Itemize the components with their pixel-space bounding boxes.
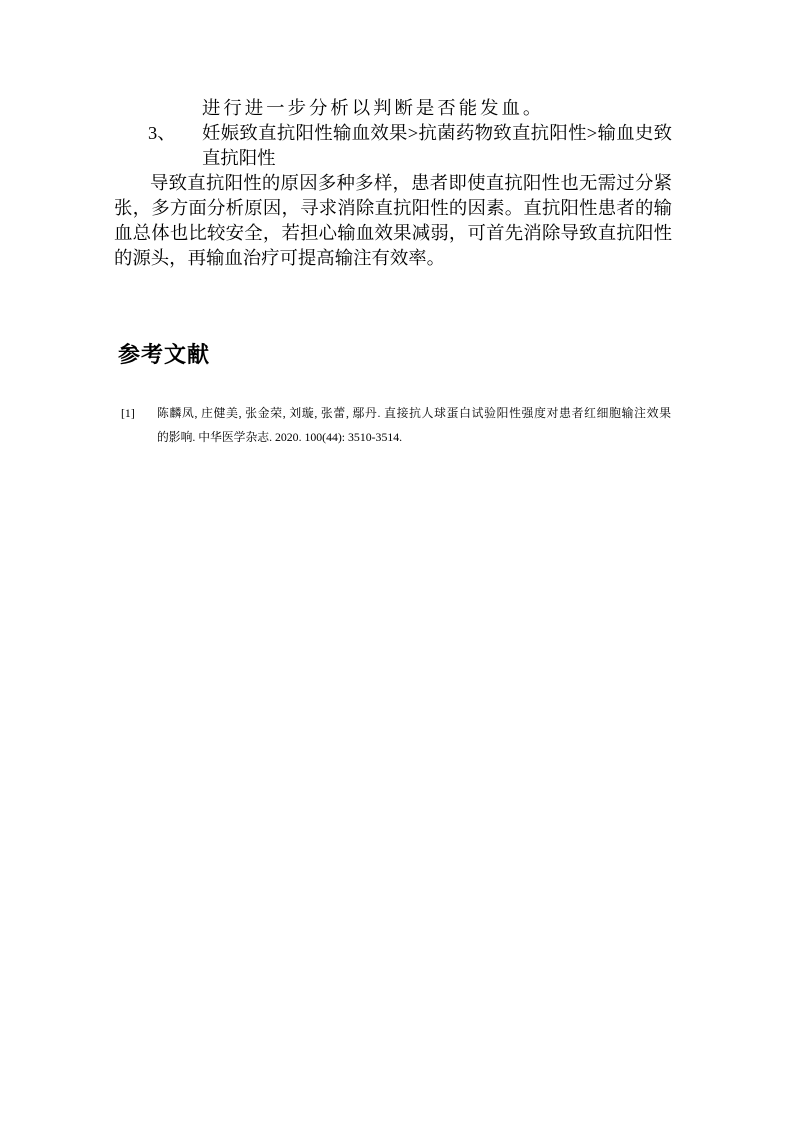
list-item-3-marker: 3、 — [148, 121, 176, 146]
reference-1-line-2: 的影响. 中华医学杂志. 2020. 100(44): 3510-3514. — [157, 427, 402, 447]
paragraph-line-4: 的源头，再输血治疗可提高输注有效率。 — [114, 246, 445, 271]
list-item-3-line-2: 直抗阳性 — [202, 146, 276, 171]
references-heading: 参考文献 — [118, 340, 210, 370]
paragraph-line-3: 血总体也比较安全，若担心输血效果减弱，可首先消除导致直抗阳性 — [114, 221, 672, 246]
reference-1-marker: [1] — [121, 403, 135, 423]
paragraph-line-2: 张，多方面分析原因，寻求消除直抗阳性的因素。直抗阳性患者的输 — [114, 196, 672, 221]
document-page: 进行进一步分析以判断是否能发血。 3、 妊娠致直抗阳性输血效果>抗菌药物致直抗阳… — [0, 0, 793, 1122]
reference-1-line-1: 陈麟凤, 庄健美, 张金荣, 刘璇, 张蕾, 鄢丹. 直接抗人球蛋白试验阳性强度… — [157, 403, 671, 423]
continuation-line: 进行进一步分析以判断是否能发血。 — [202, 96, 544, 121]
paragraph-line-1: 导致直抗阳性的原因多种多样，患者即使直抗阳性也无需过分紧 — [150, 171, 672, 196]
list-item-3-line-1: 妊娠致直抗阳性输血效果>抗菌药物致直抗阳性>输血史致 — [202, 121, 672, 146]
